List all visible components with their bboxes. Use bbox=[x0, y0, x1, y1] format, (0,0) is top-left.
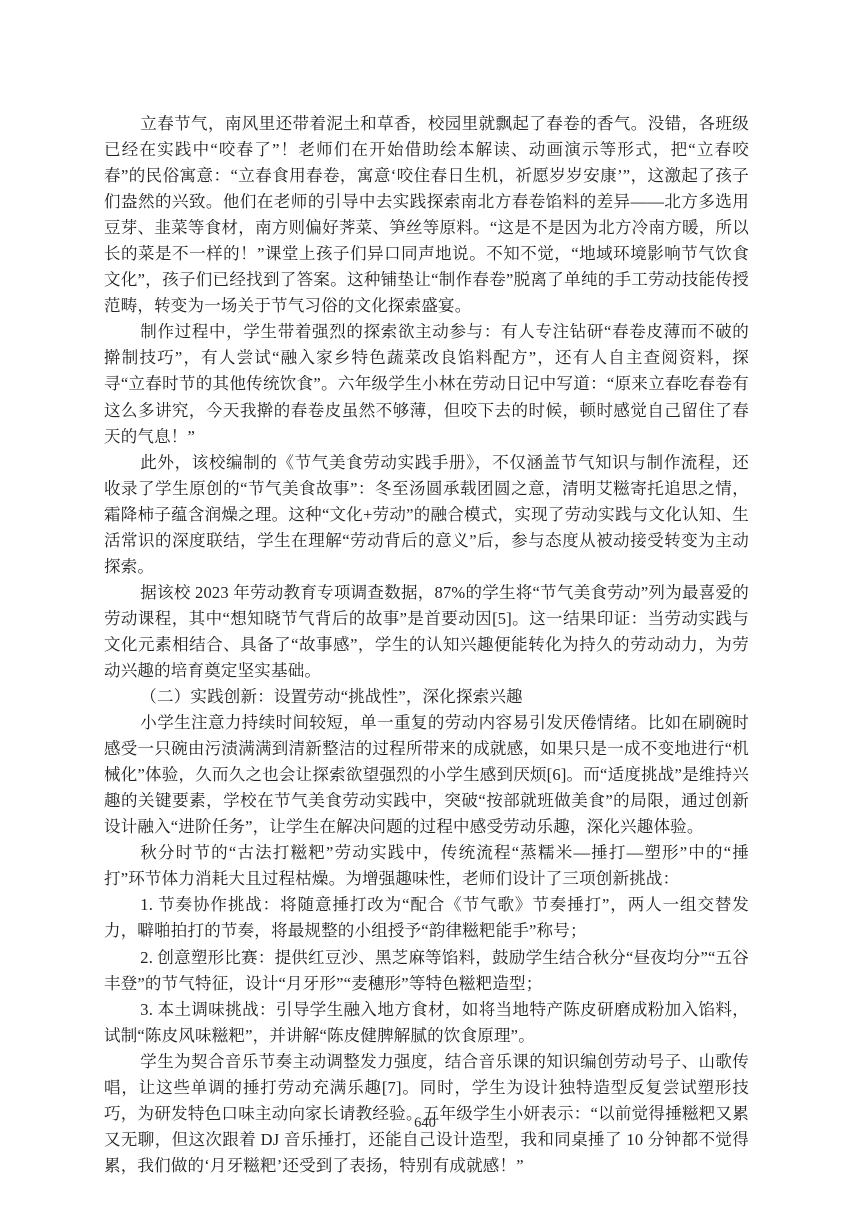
body-paragraph: 学生为契合音乐节奏主动调整发力强度，结合音乐课的知识编创劳动号子、山歌传唱，让这… bbox=[104, 1049, 749, 1179]
document-body: 立春节气，南风里还带着泥土和草香，校园里就飘起了春卷的香气。没错，各班级已经在实… bbox=[104, 111, 749, 1179]
body-paragraph: 秋分时节的“古法打糍粑”劳动实践中，传统流程“蒸糯米—捶打—塑形”中的“捶打”环… bbox=[104, 840, 749, 892]
page-number: 640 bbox=[0, 1115, 850, 1132]
body-paragraph: 此外，该校编制的《节气美食劳动实践手册》，不仅涵盖节气知识与制作流程，还收录了学… bbox=[104, 450, 749, 580]
numbered-list-item: 3. 本土调味挑战：引导学生融入地方食材，如将当地特产陈皮研磨成粉加入馅料，试制… bbox=[104, 997, 749, 1049]
section-heading: （二）实践创新：设置劳动“挑战性”，深化探索兴趣 bbox=[104, 684, 749, 710]
numbered-list-item: 1. 节奏协作挑战：将随意捶打改为“配合《节气歌》节奏捶打”，两人一组交替发力，… bbox=[104, 892, 749, 944]
body-paragraph: 制作过程中，学生带着强烈的探索欲主动参与：有人专注钻研“春卷皮薄而不破的擀制技巧… bbox=[104, 319, 749, 449]
document-page: 立春节气，南风里还带着泥土和草香，校园里就飘起了春卷的香气。没错，各班级已经在实… bbox=[0, 0, 850, 1205]
body-paragraph: 小学生注意力持续时间较短，单一重复的劳动内容易引发厌倦情绪。比如在刷碗时感受一只… bbox=[104, 710, 749, 840]
body-paragraph: 据该校 2023 年劳动教育专项调查数据，87%的学生将“节气美食劳动”列为最喜… bbox=[104, 580, 749, 684]
body-paragraph: 立春节气，南风里还带着泥土和草香，校园里就飘起了春卷的香气。没错，各班级已经在实… bbox=[104, 111, 749, 319]
numbered-list-item: 2. 创意塑形比赛：提供红豆沙、黑芝麻等馅料，鼓励学生结合秋分“昼夜均分”“五谷… bbox=[104, 945, 749, 997]
